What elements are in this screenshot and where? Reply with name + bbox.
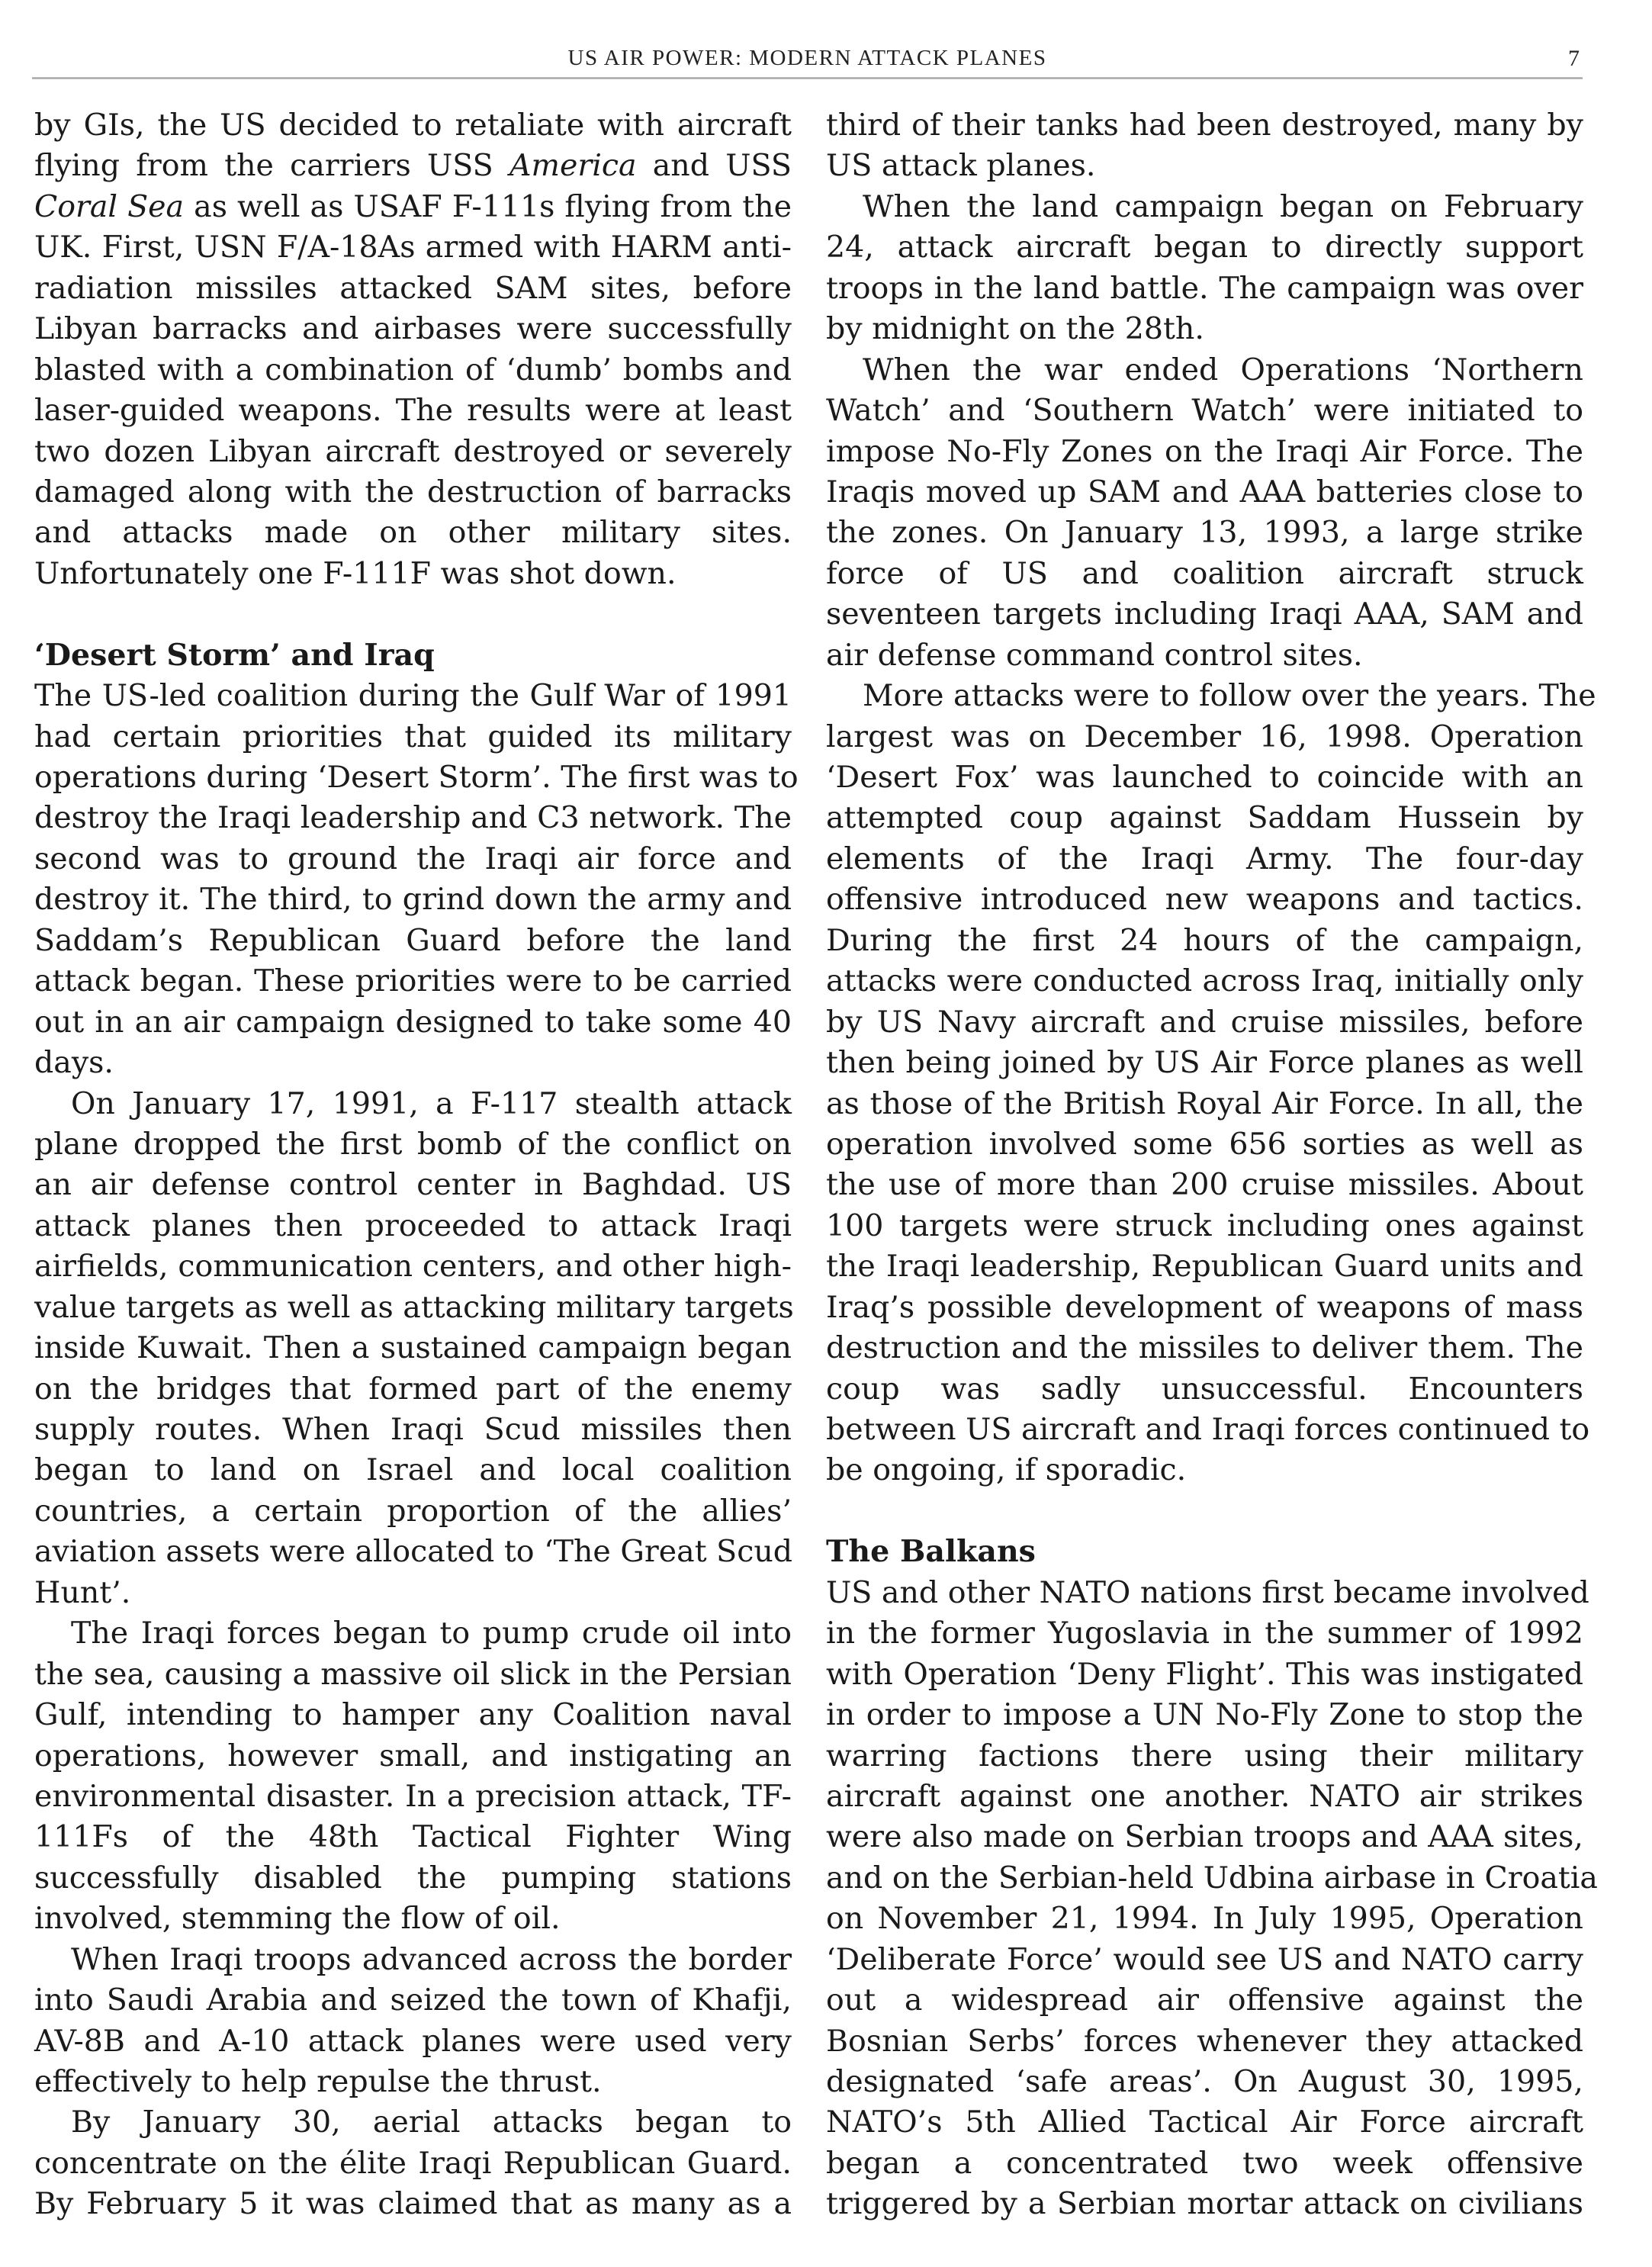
text-line: environmental disaster. In a precision a… bbox=[34, 1777, 792, 1817]
text-line: seventeen targets including Iraqi AAA, S… bbox=[826, 594, 1583, 635]
text-line: When the war ended Operations ‘Northern bbox=[826, 350, 1583, 391]
section-heading: ‘Desert Storm’ and Iraq bbox=[34, 635, 792, 676]
text-line: During the first 24 hours of the campaig… bbox=[826, 921, 1583, 961]
italic-ship-name: America bbox=[509, 148, 637, 183]
text-line: aircraft against one another. NATO air s… bbox=[826, 1777, 1583, 1817]
text-line: plane dropped the first bomb of the conf… bbox=[34, 1124, 792, 1165]
text-line: were also made on Serbian troops and AAA… bbox=[826, 1817, 1583, 1857]
header-rule bbox=[32, 77, 1583, 79]
text-line: by US Navy aircraft and cruise missiles,… bbox=[826, 1002, 1583, 1043]
text-line: ‘Desert Fox’ was launched to coincide wi… bbox=[826, 757, 1583, 798]
text-line: two dozen Libyan aircraft destroyed or s… bbox=[34, 432, 792, 472]
text-line: out a widespread air offensive against t… bbox=[826, 1980, 1583, 2021]
text-line: coup was sadly unsuccessful. Encounters bbox=[826, 1369, 1583, 1410]
text-line: out in an air campaign designed to take … bbox=[34, 1002, 792, 1043]
text-line: 100 targets were struck including ones a… bbox=[826, 1206, 1583, 1246]
text-line: 111Fs of the 48th Tactical Fighter Wing bbox=[34, 1817, 792, 1857]
text-line: into Saudi Arabia and seized the town of… bbox=[34, 1980, 792, 2021]
text-line: operations during ‘Desert Storm’. The fi… bbox=[34, 757, 792, 798]
text-line: days. bbox=[34, 1043, 792, 1083]
text-line: UK. First, USN F/A-18As armed with HARM … bbox=[34, 227, 792, 268]
text-line: warring factions there using their milit… bbox=[826, 1736, 1583, 1777]
text-line: The US-led coalition during the Gulf War… bbox=[34, 676, 792, 716]
running-title: US AIR POWER: MODERN ATTACK PLANES bbox=[32, 46, 1583, 71]
text-run: flying from the carriers USS bbox=[34, 148, 509, 183]
text-line: value targets as well as attacking milit… bbox=[34, 1288, 792, 1328]
text-run: as well as USAF F-111s flying from the bbox=[184, 189, 792, 224]
text-line: impose No-Fly Zones on the Iraqi Air For… bbox=[826, 432, 1583, 472]
text-line: be ongoing, if sporadic. bbox=[826, 1450, 1583, 1490]
text-line: attacks were conducted across Iraq, init… bbox=[826, 961, 1583, 1002]
text-line: attack planes then proceeded to attack I… bbox=[34, 1206, 792, 1246]
text-line: laser-guided weapons. The results were a… bbox=[34, 391, 792, 431]
text-line: When Iraqi troops advanced across the bo… bbox=[34, 1940, 792, 1980]
text-line: By January 30, aerial attacks began to bbox=[34, 2102, 792, 2143]
text-line: attack began. These priorities were to b… bbox=[34, 961, 792, 1002]
text-line: Iraqis moved up SAM and AAA batteries cl… bbox=[826, 472, 1583, 513]
text-line: NATO’s 5th Allied Tactical Air Force air… bbox=[826, 2102, 1583, 2143]
page-number: 7 bbox=[1568, 46, 1580, 72]
text-line: an air defense control center in Baghdad… bbox=[34, 1165, 792, 1205]
text-line: effectively to help repulse the thrust. bbox=[34, 2062, 792, 2102]
text-line: had certain priorities that guided its m… bbox=[34, 717, 792, 757]
text-line: designated ‘safe areas’. On August 30, 1… bbox=[826, 2062, 1583, 2102]
text-line: destroy it. The third, to grind down the… bbox=[34, 879, 792, 920]
text-line: ‘Deliberate Force’ would see US and NATO… bbox=[826, 1940, 1583, 1980]
text-line: on the bridges that formed part of the e… bbox=[34, 1369, 792, 1410]
text-line: troops in the land battle. The campaign … bbox=[826, 269, 1583, 309]
text-line: More attacks were to follow over the yea… bbox=[826, 676, 1583, 716]
text-line: 24, attack aircraft began to directly su… bbox=[826, 227, 1583, 268]
text-line: by GIs, the US decided to retaliate with… bbox=[34, 105, 792, 146]
text-line: damaged along with the destruction of ba… bbox=[34, 472, 792, 513]
text-line: the use of more than 200 cruise missiles… bbox=[826, 1165, 1583, 1205]
text-line: attempted coup against Saddam Hussein by bbox=[826, 798, 1583, 838]
text-line: Coral Sea as well as USAF F-111s flying … bbox=[34, 187, 792, 227]
text-line: Libyan barracks and airbases were succes… bbox=[34, 309, 792, 349]
text-line: radiation missiles attacked SAM sites, b… bbox=[34, 269, 792, 309]
text-line: the Iraqi leadership, Republican Guard u… bbox=[826, 1246, 1583, 1287]
section-heading: The Balkans bbox=[826, 1532, 1583, 1572]
text-line: By February 5 it was claimed that as man… bbox=[34, 2184, 792, 2224]
text-line: Watch’ and ‘Southern Watch’ were initiat… bbox=[826, 391, 1583, 431]
running-head: US AIR POWER: MODERN ATTACK PLANES 7 bbox=[32, 40, 1583, 78]
text-line: On January 17, 1991, a F-117 stealth att… bbox=[34, 1084, 792, 1124]
paragraph-gap bbox=[826, 1491, 1583, 1532]
text-line: by midnight on the 28th. bbox=[826, 309, 1583, 349]
text-line: as those of the British Royal Air Force.… bbox=[826, 1084, 1583, 1124]
text-line: Unfortunately one F-111F was shot down. bbox=[34, 554, 792, 594]
text-line: Iraq’s possible development of weapons o… bbox=[826, 1288, 1583, 1328]
text-line: the sea, causing a massive oil slick in … bbox=[34, 1654, 792, 1695]
text-run: and USS bbox=[637, 148, 792, 183]
text-line: destruction and the missiles to deliver … bbox=[826, 1328, 1583, 1368]
text-line: offensive introduced new weapons and tac… bbox=[826, 879, 1583, 920]
text-line: Hunt’. bbox=[34, 1573, 792, 1613]
text-line: US and other NATO nations first became i… bbox=[826, 1573, 1583, 1613]
text-line: Saddam’s Republican Guard before the lan… bbox=[34, 921, 792, 961]
text-line: operations, however small, and instigati… bbox=[34, 1736, 792, 1777]
text-line: inside Kuwait. Then a sustained campaign… bbox=[34, 1328, 792, 1368]
text-line: supply routes. When Iraqi Scud missiles … bbox=[34, 1410, 792, 1450]
text-line: and on the Serbian-held Udbina airbase i… bbox=[826, 1858, 1583, 1899]
text-line: the zones. On January 13, 1993, a large … bbox=[826, 513, 1583, 553]
italic-ship-name: Coral Sea bbox=[34, 189, 184, 224]
text-line: between US aircraft and Iraqi forces con… bbox=[826, 1410, 1583, 1450]
text-line: aviation assets were allocated to ‘The G… bbox=[34, 1532, 792, 1572]
text-line: then being joined by US Air Force planes… bbox=[826, 1043, 1583, 1083]
text-line: Bosnian Serbs’ forces whenever they atta… bbox=[826, 2021, 1583, 2062]
text-line: Gulf, intending to hamper any Coalition … bbox=[34, 1695, 792, 1735]
text-line: air defense command control sites. bbox=[826, 635, 1583, 676]
text-line: and attacks made on other military sites… bbox=[34, 513, 792, 553]
right-column: third of their tanks had been destroyed,… bbox=[826, 105, 1583, 2225]
text-line: largest was on December 16, 1998. Operat… bbox=[826, 717, 1583, 757]
text-line: successfully disabled the pumping statio… bbox=[34, 1858, 792, 1899]
paragraph-gap bbox=[34, 594, 792, 635]
text-line: on November 21, 1994. In July 1995, Oper… bbox=[826, 1899, 1583, 1939]
text-line: began a concentrated two week offensive bbox=[826, 2143, 1583, 2184]
text-line: with Operation ‘Deny Flight’. This was i… bbox=[826, 1654, 1583, 1695]
left-column: by GIs, the US decided to retaliate with… bbox=[34, 105, 792, 2225]
text-line: third of their tanks had been destroyed,… bbox=[826, 105, 1583, 146]
text-line: blasted with a combination of ‘dumb’ bom… bbox=[34, 350, 792, 391]
text-line: AV-8B and A-10 attack planes were used v… bbox=[34, 2021, 792, 2062]
text-line: triggered by a Serbian mortar attack on … bbox=[826, 2184, 1583, 2224]
text-line: in order to impose a UN No-Fly Zone to s… bbox=[826, 1695, 1583, 1735]
text-line: operation involved some 656 sorties as w… bbox=[826, 1124, 1583, 1165]
text-line: involved, stemming the flow of oil. bbox=[34, 1899, 792, 1939]
text-line: When the land campaign began on February bbox=[826, 187, 1583, 227]
text-line: concentrate on the élite Iraqi Republica… bbox=[34, 2143, 792, 2184]
text-line: countries, a certain proportion of the a… bbox=[34, 1491, 792, 1532]
text-line: in the former Yugoslavia in the summer o… bbox=[826, 1613, 1583, 1654]
text-line: flying from the carriers USS America and… bbox=[34, 146, 792, 186]
text-line: airfields, communication centers, and ot… bbox=[34, 1246, 792, 1287]
text-line: began to land on Israel and local coalit… bbox=[34, 1450, 792, 1490]
text-line: US attack planes. bbox=[826, 146, 1583, 186]
text-line: second was to ground the Iraqi air force… bbox=[34, 839, 792, 879]
text-line: elements of the Iraqi Army. The four-day bbox=[826, 839, 1583, 879]
text-line: force of US and coalition aircraft struc… bbox=[826, 554, 1583, 594]
text-line: destroy the Iraqi leadership and C3 netw… bbox=[34, 798, 792, 838]
text-line: The Iraqi forces began to pump crude oil… bbox=[34, 1613, 792, 1654]
